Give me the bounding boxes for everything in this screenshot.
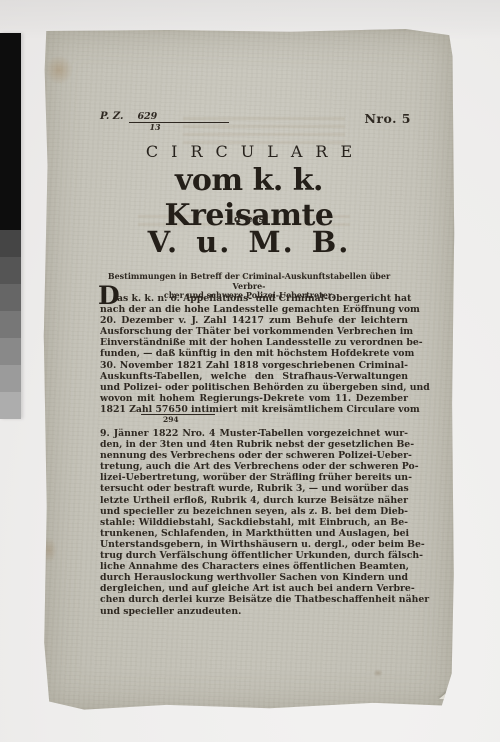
body-text-line: nennung des Verbrechens oder der schwere… bbox=[100, 450, 408, 461]
body-text-line: und Polizei- oder politischen Behörden z… bbox=[100, 382, 408, 393]
body-text-line: 30. November 1821 Zahl 1818 vorgeschrieb… bbox=[100, 360, 408, 371]
body-text-line: liche Annahme des Characters eines öffen… bbox=[100, 561, 408, 572]
body-paragraph-1: as k. k. n. ö. Appellations- und Crimina… bbox=[100, 293, 408, 415]
body-text-line: as k. k. n. ö. Appellations- und Crimina… bbox=[100, 293, 408, 304]
body-text-line: dergleichen, und auf gleiche Art ist auc… bbox=[100, 583, 408, 594]
body-text-line: Unterstandsgebern, in Wirthshäusern u. d… bbox=[100, 539, 408, 550]
body-text-line: den, in der 3ten und 4ten Rubrik nebst d… bbox=[100, 439, 408, 450]
body-text-line: chen durch derlei kurze Beisätze die Tha… bbox=[100, 594, 408, 605]
body-text-line: und specieller zu bezeichnen seyen, als … bbox=[100, 506, 408, 517]
calibration-step bbox=[0, 284, 21, 311]
calibration-step bbox=[0, 365, 21, 392]
body-text-line: tretung, auch die Art des Verbrechens od… bbox=[100, 461, 408, 472]
reference-fraction-denominator: 294 bbox=[141, 414, 215, 424]
calibration-step bbox=[0, 392, 21, 419]
body-text-line: 20. Dezember v. J. Zahl 14217 zum Behufe… bbox=[100, 315, 408, 326]
ref-label: P. Z. bbox=[100, 111, 123, 132]
ref-denominator: 13 bbox=[129, 123, 229, 132]
calibration-step bbox=[0, 33, 21, 230]
body-text-line: und specieller anzudeuten. bbox=[100, 606, 408, 617]
doc-des-line: des bbox=[95, 214, 403, 225]
body-text-line: letzte Urtheil erfloß, Rubrik 4, durch k… bbox=[100, 495, 408, 506]
body-text-line: 9. Jänner 1822 Nro. 4 Muster-Tabellen vo… bbox=[100, 428, 408, 439]
body-text-line: trug durch Verfälschung öffentlicher Urk… bbox=[100, 550, 408, 561]
body-text-line: wovon mit hohem Regierungs-Dekrete vom 1… bbox=[100, 393, 408, 404]
doc-title: CIRCULARE bbox=[95, 142, 403, 161]
body-paragraph-2: 9. Jänner 1822 Nro. 4 Muster-Tabellen vo… bbox=[100, 428, 408, 617]
body-text-line: trunkenen, Schlafenden, in Markthütten u… bbox=[100, 528, 408, 539]
calibration-step bbox=[0, 338, 21, 365]
subject-line: Bestimmungen in Betreff der Criminal-Aus… bbox=[91, 272, 407, 291]
doc-ref-number: P. Z. 629 13 bbox=[100, 111, 229, 132]
body-text-line: durch Herauslockung werthvoller Sachen v… bbox=[100, 572, 408, 583]
ref-numerator: 629 bbox=[129, 111, 229, 123]
doc-issue-number: Nro. 5 bbox=[364, 111, 411, 126]
body-text-line: lizei-Uebertretung, worüber der Sträflin… bbox=[100, 472, 408, 483]
ref-fraction: 629 13 bbox=[129, 111, 229, 132]
grayscale-calibration-strip bbox=[0, 33, 21, 419]
doc-district-abbreviation: V. u. M. B. bbox=[95, 225, 403, 259]
body-text-line: funden, — daß künftig in den mit höchste… bbox=[100, 348, 408, 359]
scan-background: P. Z. 629 13 Nro. 5 CIRCULARE vom k. k. … bbox=[0, 0, 500, 742]
reference-row: P. Z. 629 13 Nro. 5 bbox=[95, 111, 411, 137]
body-text-line: Ausforschung der Thäter bei vorkommenden… bbox=[100, 326, 408, 337]
paper-sheet: P. Z. 629 13 Nro. 5 CIRCULARE vom k. k. … bbox=[43, 29, 455, 711]
body-text-line: Auskunfts-Tabellen, welche den Strafhaus… bbox=[100, 371, 408, 382]
calibration-step bbox=[0, 230, 21, 257]
body-text-line: Einverständniße mit der hohen Landesstel… bbox=[100, 337, 408, 348]
body-text-line: tersucht oder bestraft wurde, Rubrik 3, … bbox=[100, 483, 408, 494]
body-text-line: nach der an die hohe Landesstelle gemach… bbox=[100, 304, 408, 315]
body-text-line: stahle: Wilddiebstahl, Sackdiebstahl, mi… bbox=[100, 517, 408, 528]
calibration-step bbox=[0, 311, 21, 338]
calibration-step bbox=[0, 257, 21, 284]
document-content: P. Z. 629 13 Nro. 5 CIRCULARE vom k. k. … bbox=[43, 29, 455, 711]
